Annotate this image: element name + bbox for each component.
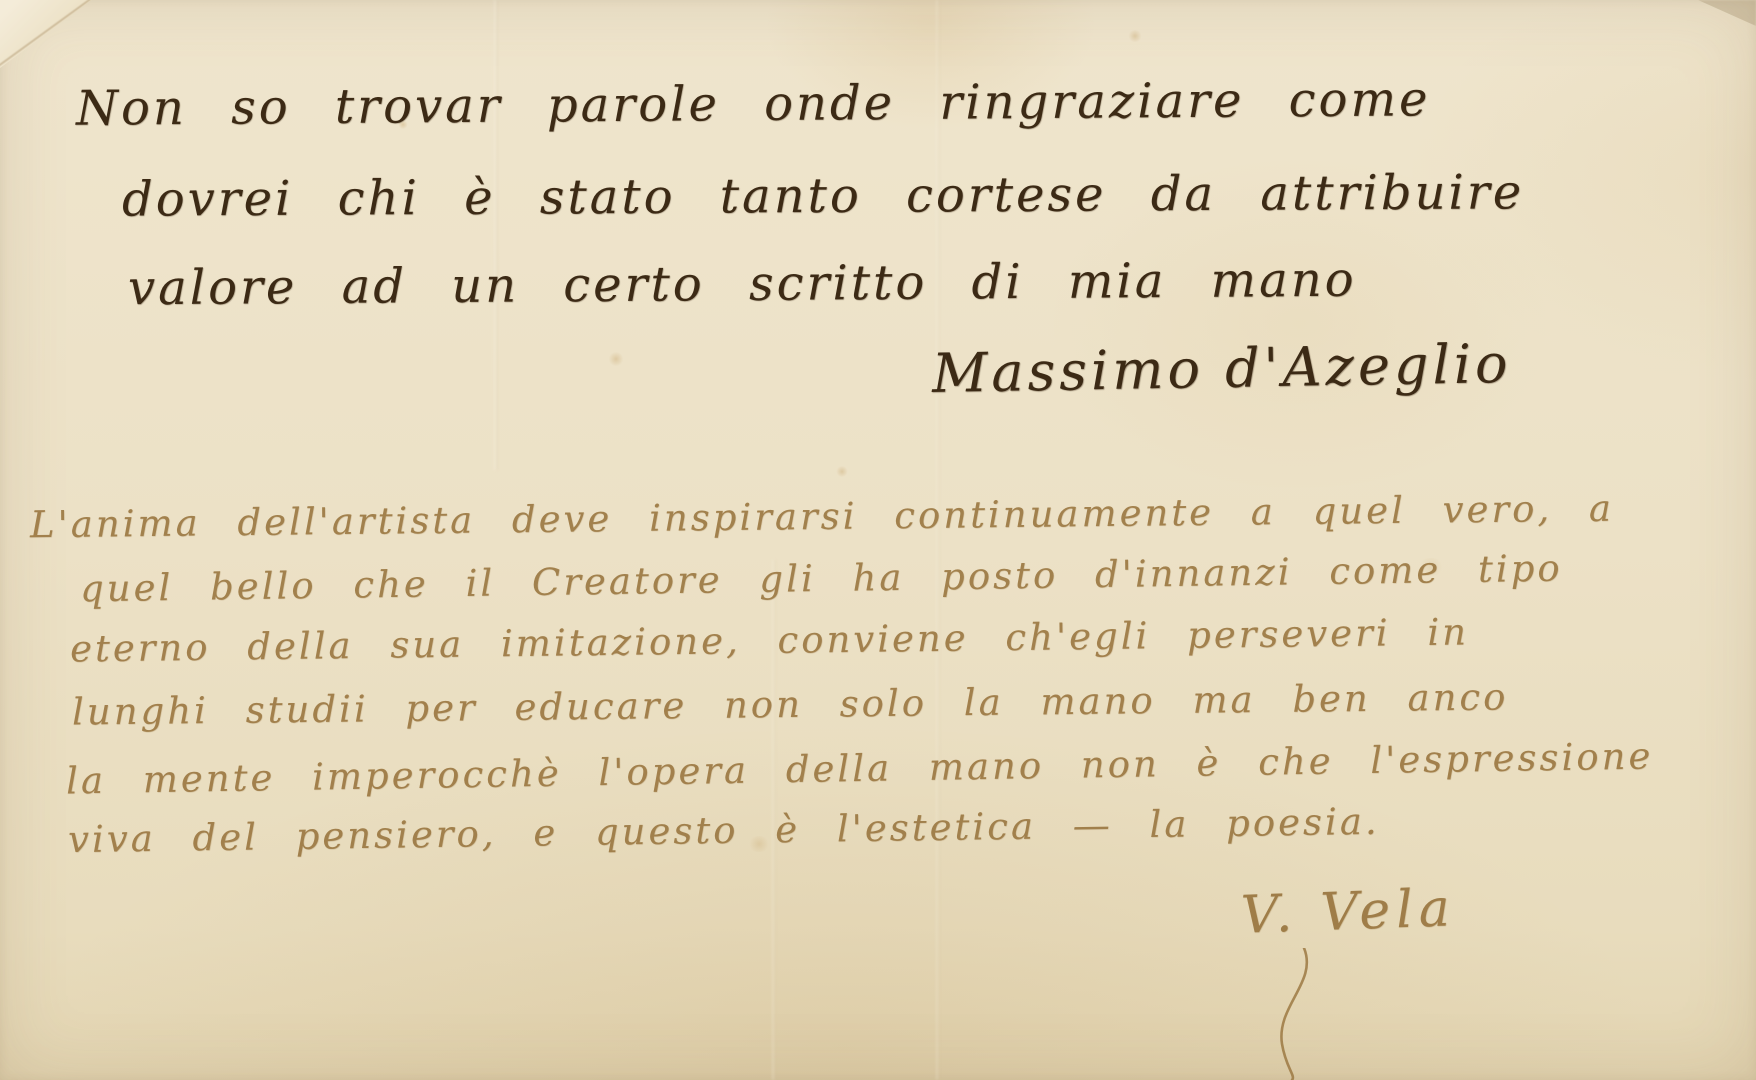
corner-shadow	[1698, 0, 1756, 26]
letter-scan: Non so trovar parole onde ringraziare co…	[0, 0, 1756, 1080]
paper-stain	[1128, 30, 1142, 42]
upper-note-line-2: dovrei chi è stato tanto cortese da attr…	[122, 168, 1524, 223]
upper-note-line-1: Non so trovar parole onde ringraziare co…	[76, 75, 1431, 132]
paper-stain	[836, 466, 848, 477]
signature-flourish	[1252, 948, 1342, 1080]
lower-note-line-3: eterno della sua imitazione, conviene ch…	[70, 613, 1469, 667]
paper-crease	[936, 0, 940, 1080]
lower-note-line-2: quel bello che il Creatore gli ha posto …	[80, 550, 1563, 608]
lower-note-line-6: viva del pensiero, e questo è l'estetica…	[68, 803, 1380, 858]
paper-crease	[494, 0, 498, 470]
lower-note-line-5: la mente imperocchè l'opera della mano n…	[66, 738, 1654, 800]
corner-fold	[0, 0, 92, 68]
paper-stain	[608, 352, 624, 366]
lower-note-line-4: lunghi studii per educare non solo la ma…	[72, 678, 1509, 730]
upper-note-line-3: valore ad un certo scritto di mia mano	[128, 256, 1357, 313]
azeglio-signature: Massimo d'Azeglio	[931, 337, 1511, 401]
vela-signature: V. Vela	[1240, 882, 1456, 941]
lower-note-line-1: L'anima dell'artista deve inspirarsi con…	[30, 490, 1614, 544]
